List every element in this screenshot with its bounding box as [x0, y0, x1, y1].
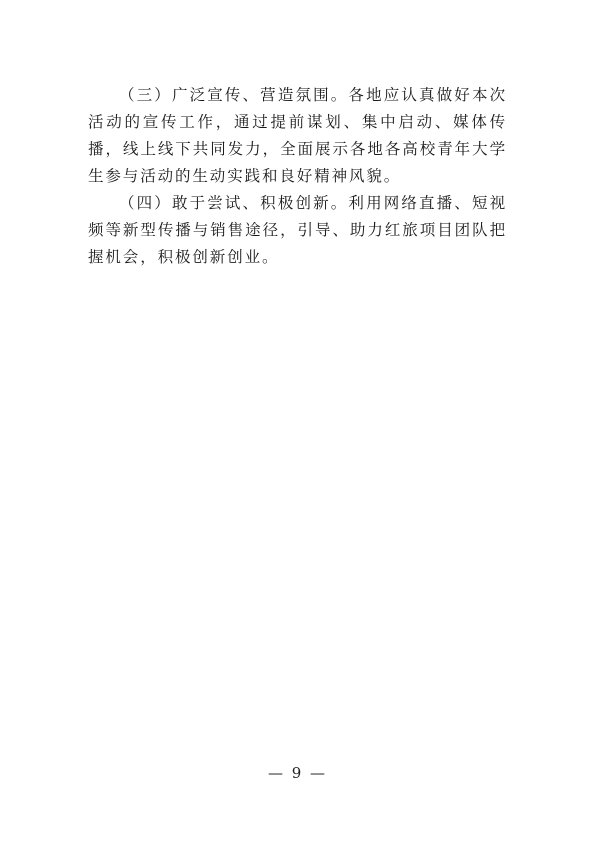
- paragraph-heading: （四）敢于尝试、积极创新。: [119, 194, 348, 212]
- document-body: （三）广泛宣传、营造氛围。各地应认真做好本次活动的宣传工作，通过提前谋划、集中启…: [88, 82, 507, 271]
- paragraph-publicity: （三）广泛宣传、营造氛围。各地应认真做好本次活动的宣传工作，通过提前谋划、集中启…: [88, 82, 507, 190]
- paragraph-heading: （三）广泛宣传、营造氛围。: [119, 86, 348, 104]
- page-number: — 9 —: [0, 764, 595, 782]
- paragraph-innovation: （四）敢于尝试、积极创新。利用网络直播、短视频等新型传播与销售途径，引导、助力红…: [88, 190, 507, 271]
- document-page: （三）广泛宣传、营造氛围。各地应认真做好本次活动的宣传工作，通过提前谋划、集中启…: [0, 0, 595, 841]
